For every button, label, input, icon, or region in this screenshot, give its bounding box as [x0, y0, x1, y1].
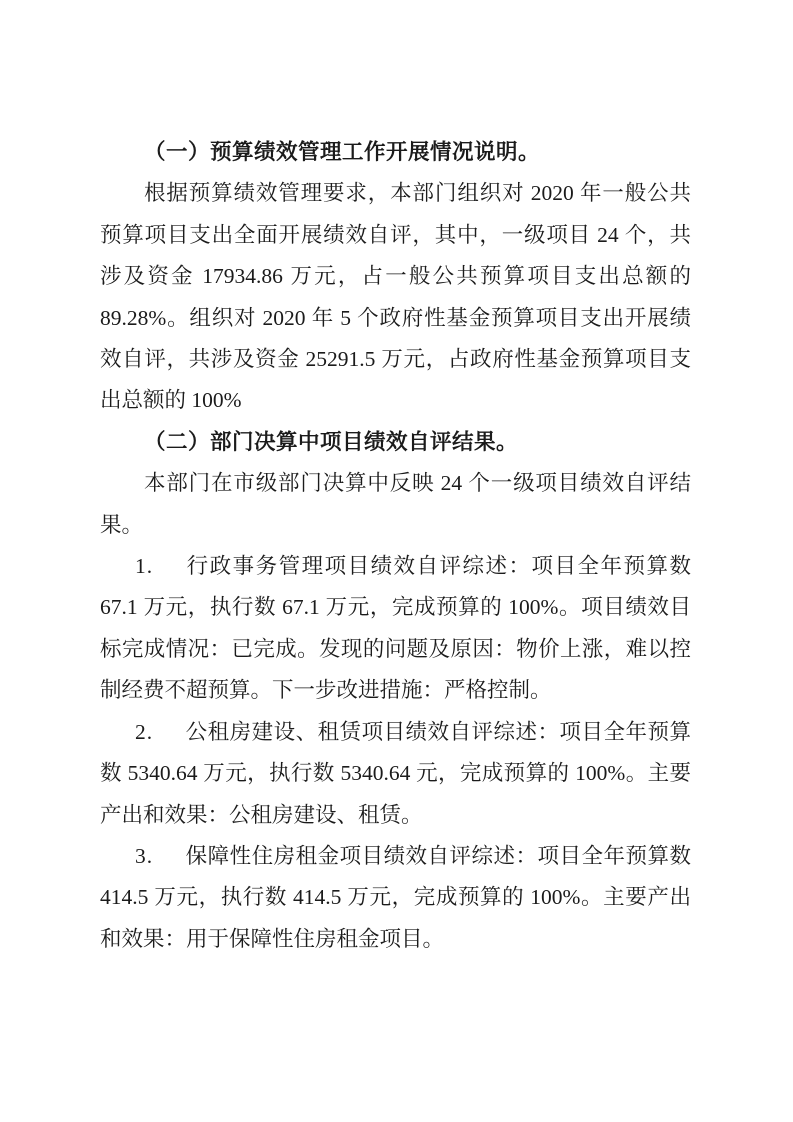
heading-section-2: （二）部门决算中项目绩效自评结果。: [100, 422, 691, 463]
list-item-1: 1.行政事务管理项目绩效自评综述：项目全年预算数 67.1 万元，执行数 67.…: [100, 546, 691, 712]
list-item-2-number: 2.: [135, 720, 153, 744]
list-item-2-gap: [153, 738, 185, 739]
list-item-3-text: 保障性住房租金项目绩效自评综述：项目全年预算数 414.5 万元，执行数 414…: [100, 844, 691, 951]
paragraph-final-accounts-summary: 本部门在市级部门决算中反映 24 个一级项目绩效自评结果。: [100, 463, 691, 546]
paragraph-budget-self-evaluation: 根据预算绩效管理要求，本部门组织对 2020 年一般公共预算项目支出全面开展绩效…: [100, 173, 691, 421]
list-item-1-gap: [153, 572, 185, 573]
list-item-3-gap: [153, 862, 185, 863]
list-item-3-number: 3.: [135, 844, 153, 868]
document-page: （一）预算绩效管理工作开展情况说明。 根据预算绩效管理要求，本部门组织对 202…: [0, 0, 793, 1122]
list-item-2: 2.公租房建设、租赁项目绩效自评综述：项目全年预算数 5340.64 万元，执行…: [100, 712, 691, 836]
list-item-1-number: 1.: [135, 554, 153, 578]
list-item-2-text: 公租房建设、租赁项目绩效自评综述：项目全年预算数 5340.64 万元，执行数 …: [100, 720, 691, 827]
heading-section-1: （一）预算绩效管理工作开展情况说明。: [100, 132, 691, 173]
list-item-1-text: 行政事务管理项目绩效自评综述：项目全年预算数 67.1 万元，执行数 67.1 …: [100, 554, 691, 702]
list-item-3: 3.保障性住房租金项目绩效自评综述：项目全年预算数 414.5 万元，执行数 4…: [100, 836, 691, 960]
document-body: （一）预算绩效管理工作开展情况说明。 根据预算绩效管理要求，本部门组织对 202…: [100, 132, 691, 960]
